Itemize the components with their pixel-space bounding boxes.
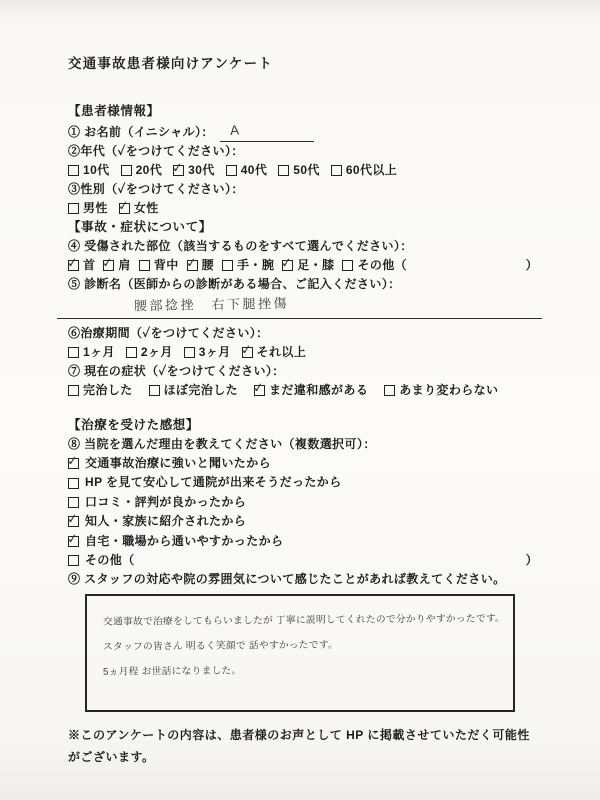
reason-option-row: 知人・家族に紹介されたから: [68, 512, 538, 531]
checkbox-icon: [119, 203, 130, 214]
option-label: 男性: [83, 199, 108, 218]
checkbox-option: 肩: [103, 256, 130, 275]
checkbox-icon: [149, 385, 160, 396]
paren-close: ）: [526, 551, 538, 570]
checkbox-option: 首: [68, 256, 95, 275]
checkbox-icon: [68, 260, 79, 271]
injured-parts-options-row: 首 肩 背中 腰 手・腕 足・膝 その他（ ）: [68, 256, 538, 275]
option-label: HP を見て安心して通院が出来そうだったから: [85, 473, 342, 492]
option-label: あまり変わらない: [399, 381, 498, 400]
form-title: 交通事故患者様向けアンケート: [68, 52, 538, 72]
checkbox-icon: [68, 165, 79, 176]
checkbox-icon: [331, 165, 342, 176]
option-label: その他（: [357, 256, 407, 275]
checkbox-option: 足・膝: [282, 256, 334, 275]
checkbox-icon: [103, 260, 114, 271]
reason-option-row: 交通事故治療に強いと聞いたから: [68, 454, 538, 473]
injured-parts-question-label: ④ 受傷された部位（該当するものをすべて選んでください）：: [68, 237, 538, 256]
age-question-label: ②年代（✓をつけてください）：: [68, 142, 538, 161]
checkbox-option: それ以上: [242, 343, 307, 362]
option-label: 手・腕: [237, 256, 274, 275]
checkbox-icon: [68, 516, 79, 527]
checkbox-icon: [68, 347, 79, 358]
option-label: それ以上: [257, 343, 307, 362]
checkbox-option: 50代: [278, 161, 320, 180]
checkbox-icon: [68, 497, 79, 508]
age-options-row: 10代 20代 30代 40代 50代 60代以上: [68, 161, 538, 180]
option-label: まだ違和感がある: [269, 381, 368, 400]
gender-question-label: ③性別（✓をつけてください）：: [68, 180, 538, 199]
checkbox-icon: [187, 260, 198, 271]
checkbox-option: その他（: [342, 256, 407, 275]
option-label: 30代: [188, 161, 215, 180]
diagnosis-question-label: ⑤ 診断名（医師からの診断がある場合、ご記入ください）：: [68, 275, 538, 294]
checkbox-icon: [184, 347, 195, 358]
checkbox-option: 30代: [173, 161, 215, 180]
name-input-line: A: [220, 121, 314, 142]
checkbox-icon: [278, 165, 289, 176]
option-label: ほぼ完治した: [164, 381, 238, 400]
reason-option-row: 口コミ・評判が良かったから: [68, 493, 538, 512]
current-symptoms-question-label: ⑦ 現在の症状（✓をつけてください）：: [68, 362, 538, 381]
checkbox-icon: [173, 165, 184, 176]
reasons-question-label: ⑧ 当院を選んだ理由を教えてください（複数選択可）：: [68, 435, 538, 454]
option-label: 3ヶ月: [199, 343, 231, 362]
checkbox-icon: [68, 536, 79, 547]
paren-close: ）: [526, 256, 538, 275]
section-gap: [68, 400, 538, 416]
treatment-period-options-row: 1ヶ月 2ヶ月 3ヶ月 それ以上: [68, 343, 538, 362]
diagnosis-handwritten-value: 腰部捻挫 右下腿挫傷: [134, 294, 289, 317]
section-heading-patient-info: 【患者様情報】: [68, 102, 538, 121]
checkbox-icon: [254, 385, 265, 396]
option-label: 60代以上: [346, 161, 397, 180]
reason-option-row: 自宅・職場から通いやすかったから: [68, 532, 538, 551]
option-label: 50代: [293, 161, 320, 180]
checkbox-option: 完治した: [68, 381, 133, 400]
option-label: 腰: [202, 256, 214, 275]
checkbox-option: 1ヶ月: [68, 343, 115, 362]
checkbox-icon: [342, 260, 353, 271]
option-label: 女性: [134, 199, 159, 218]
checkbox-icon: [121, 165, 132, 176]
checkbox-option: 腰: [187, 256, 214, 275]
option-label: 知人・家族に紹介されたから: [85, 512, 246, 531]
option-label: 40代: [241, 161, 268, 180]
section-heading-accident: 【事故・症状について】: [68, 218, 538, 237]
option-label: 20代: [136, 161, 163, 180]
treatment-period-question-label: ⑥治療期間（✓をつけてください）：: [68, 324, 538, 343]
section-heading-impressions: 【治療を受けた感想】: [68, 416, 538, 435]
checkbox-option: 40代: [226, 161, 268, 180]
checkbox-option: あまり変わらない: [384, 381, 498, 400]
checkbox-option: 背中: [139, 256, 179, 275]
diagnosis-answer-line: 腰部捻挫 右下腿挫傷: [57, 294, 542, 319]
checkbox-option: 10代: [68, 161, 110, 180]
option-label: 肩: [118, 256, 130, 275]
checkbox-icon: [68, 458, 79, 469]
comments-answer-box: 交通事故で治療をしてもらいましたが 丁寧に説明してくれたので分かりやすかったです…: [85, 594, 515, 712]
option-label: 足・膝: [297, 256, 334, 275]
option-label: 口コミ・評判が良かったから: [85, 493, 246, 512]
option-label: 自宅・職場から通いやすかったから: [85, 532, 283, 551]
option-label: 首: [83, 256, 95, 275]
comment-handwritten-line: 5ヵ月程 お世話になりました。: [103, 657, 505, 686]
reason-option-row: HP を見て安心して通院が出来そうだったから: [68, 473, 538, 492]
option-label: 10代: [83, 161, 110, 180]
option-label: 2ヶ月: [141, 343, 173, 362]
checkbox-icon: [384, 385, 395, 396]
comments-question-label: ⑨ スタッフの対応や院の雰囲気について感じたことがあれば教えてください。: [68, 570, 538, 589]
option-label: 交通事故治療に強いと聞いたから: [85, 454, 271, 473]
checkbox-option: まだ違和感がある: [254, 381, 368, 400]
gender-options-row: 男性 女性: [68, 199, 538, 218]
checkbox-icon: [242, 347, 253, 358]
checkbox-option: 2ヶ月: [126, 343, 173, 362]
checkbox-icon: [282, 260, 293, 271]
option-label: 1ヶ月: [83, 343, 115, 362]
checkbox-icon: [139, 260, 150, 271]
option-label: 背中: [154, 256, 179, 275]
option-label: その他（: [85, 551, 135, 570]
checkbox-option: 60代以上: [331, 161, 397, 180]
checkbox-option: 手・腕: [222, 256, 274, 275]
checkbox-option: 女性: [119, 199, 159, 218]
questionnaire-scan: 交通事故患者様向けアンケート 【患者様情報】 ① お名前（イニシャル）：A ②年…: [0, 0, 600, 800]
name-field-label: ① お名前（イニシャル）：: [68, 125, 214, 139]
reason-option-row: その他（）: [68, 551, 538, 570]
footer-note: ※このアンケートの内容は、患者様のお声として HP に掲載させていただく可能性が…: [68, 724, 538, 768]
checkbox-icon: [226, 165, 237, 176]
checkbox-option: 男性: [68, 199, 108, 218]
checkbox-option: ほぼ完治した: [149, 381, 238, 400]
checkbox-icon: [68, 478, 79, 489]
name-handwritten-value: A: [219, 120, 240, 140]
checkbox-option: 3ヶ月: [184, 343, 231, 362]
checkbox-icon: [68, 203, 79, 214]
checkbox-icon: [68, 555, 79, 566]
checkbox-icon: [68, 385, 79, 396]
checkbox-icon: [222, 260, 233, 271]
option-label: 完治した: [83, 381, 133, 400]
checkbox-icon: [126, 347, 137, 358]
checkbox-option: 20代: [121, 161, 163, 180]
current-symptoms-options-row: 完治した ほぼ完治した まだ違和感がある あまり変わらない: [68, 381, 538, 400]
name-field-row: ① お名前（イニシャル）：A: [68, 121, 538, 142]
